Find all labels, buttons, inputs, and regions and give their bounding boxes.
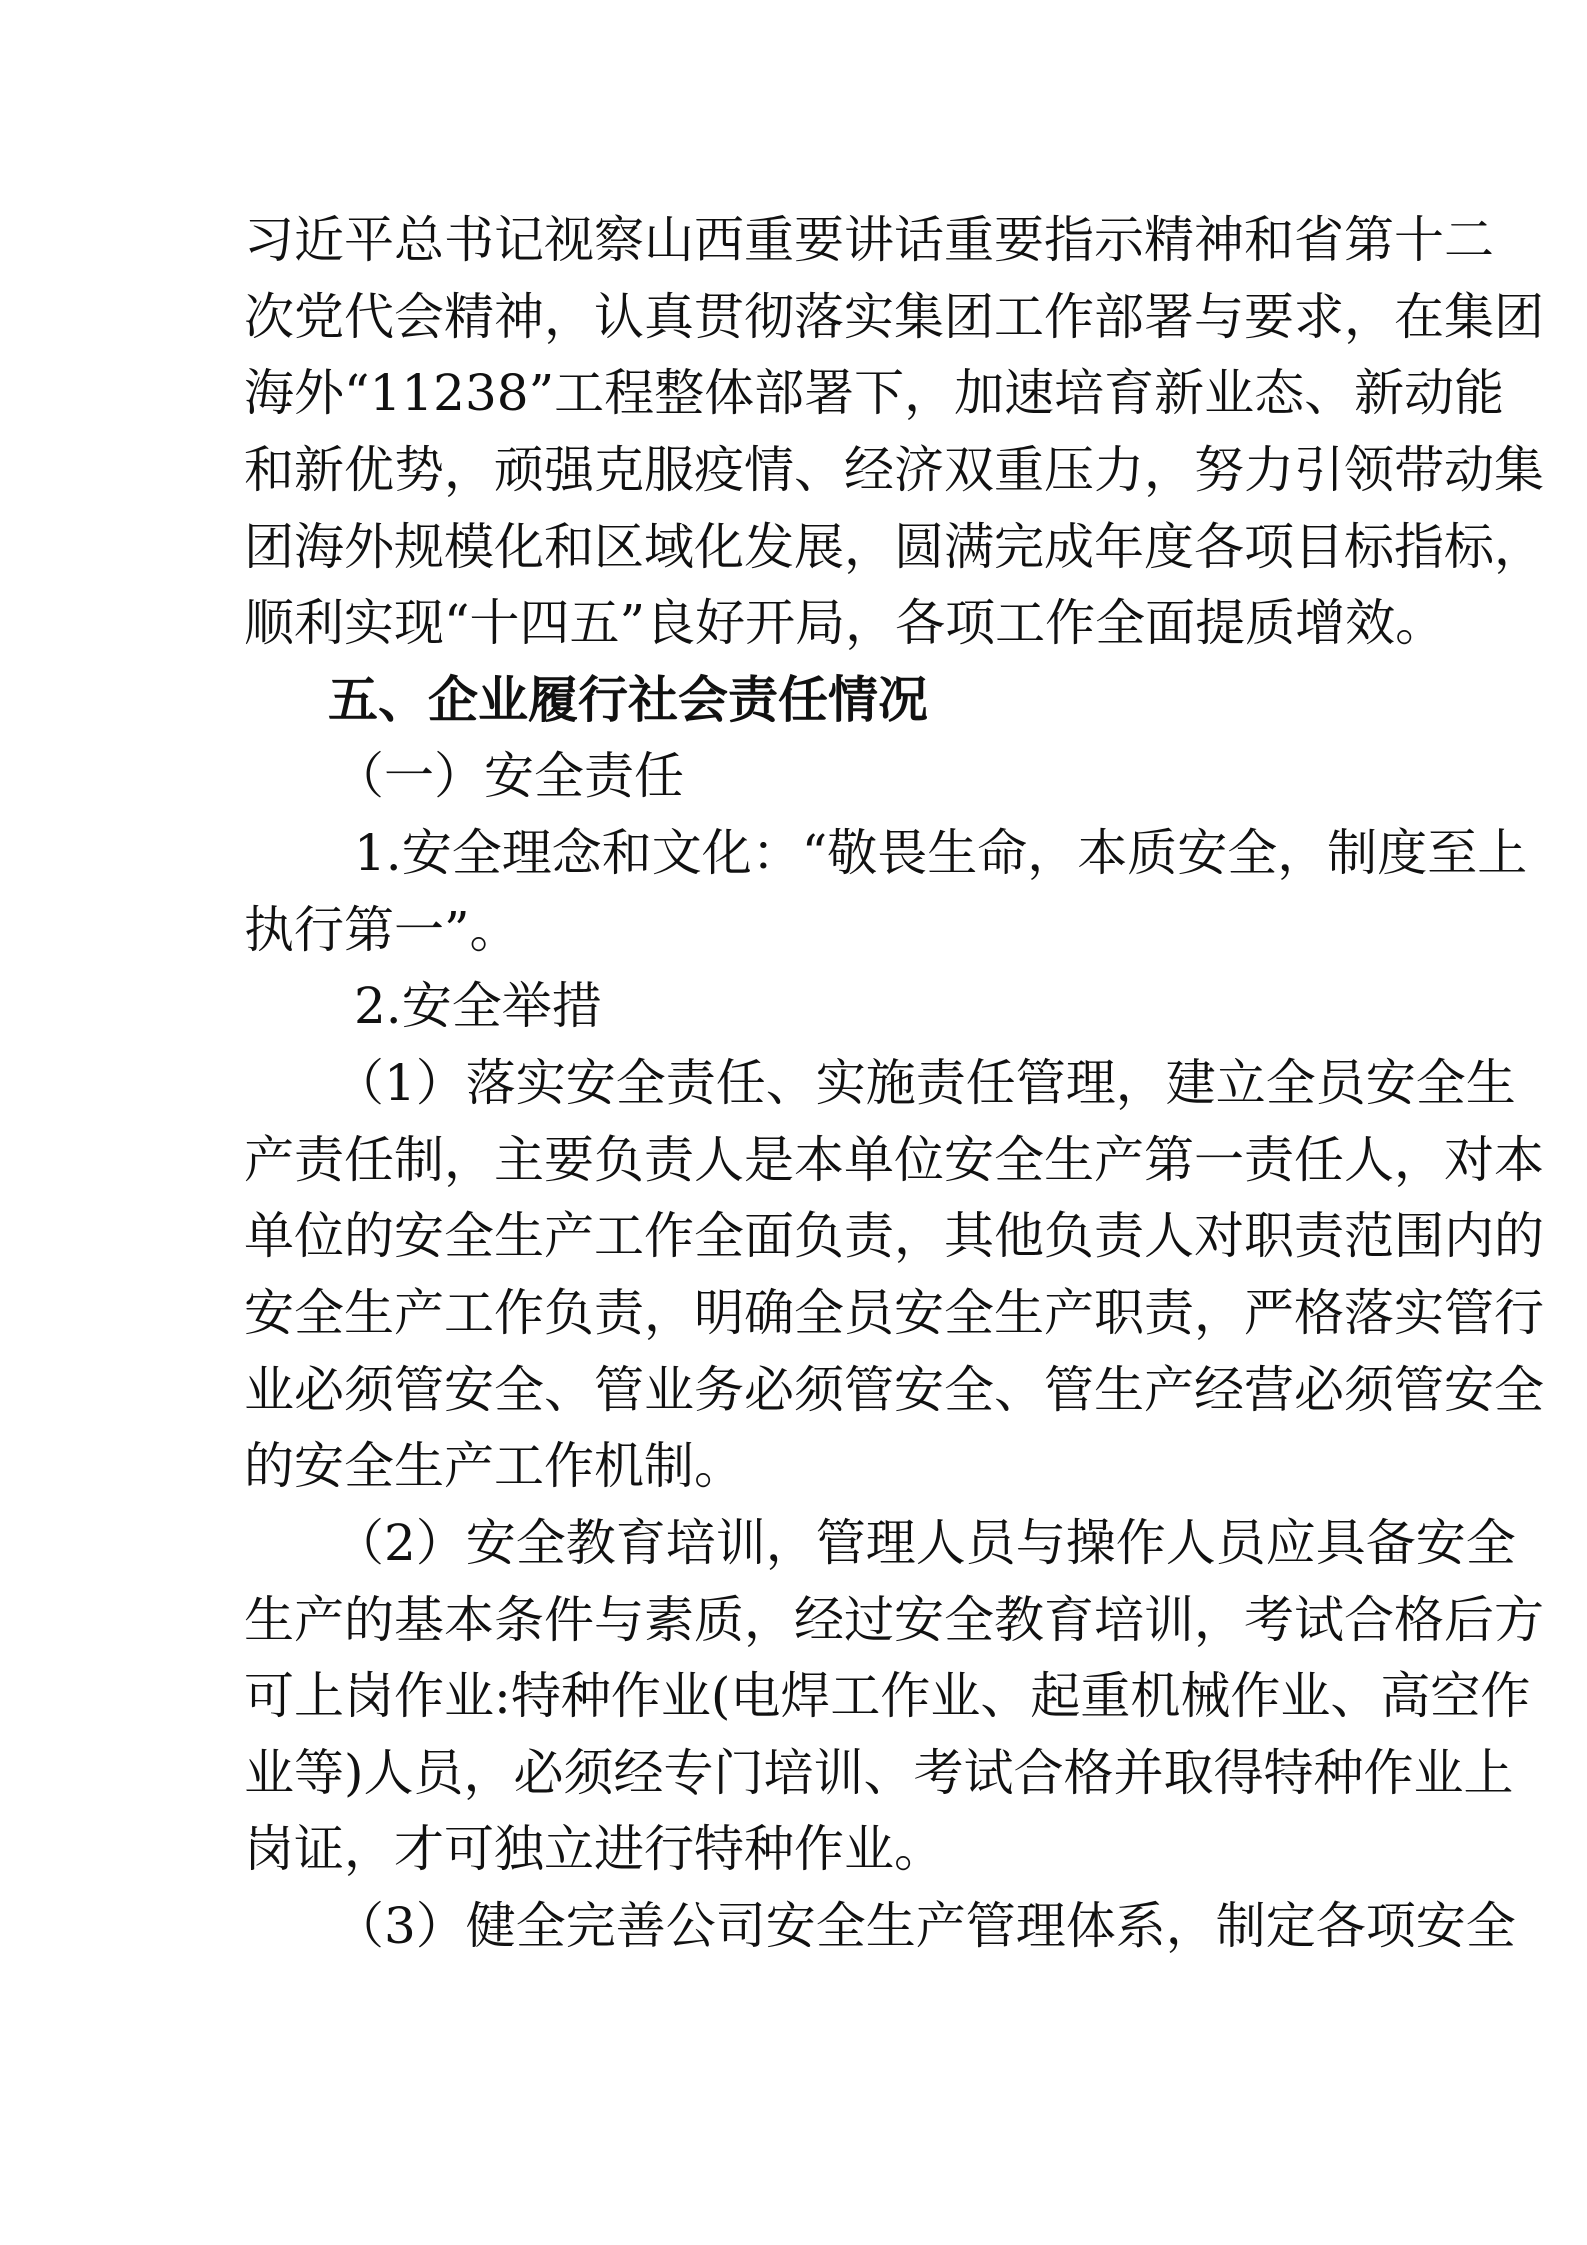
- paragraph-line: （3）健全完善公司安全生产管理体系，制定各项安全: [244, 1888, 1346, 1965]
- paragraph-line: 习近平总书记视察山西重要讲话重要指示精神和省第十二: [244, 202, 1346, 279]
- paragraph-line: 顺利实现“十四五”良好开局，各项工作全面提质增效。: [244, 585, 1346, 662]
- paragraph-line: 单位的安全生产工作全面负责，其他负责人对职责范围内的: [244, 1198, 1346, 1275]
- paragraph-line: 业等)人员，必须经专门培训、考试合格并取得特种作业上: [244, 1735, 1346, 1812]
- paragraph-line: （1）落实安全责任、实施责任管理，建立全员安全生: [244, 1045, 1346, 1122]
- item-heading: 2.安全举措: [244, 968, 1346, 1045]
- subsection-heading: （一）安全责任: [244, 738, 1346, 815]
- measure-3-paragraph: （3）健全完善公司安全生产管理体系，制定各项安全: [244, 1888, 1346, 1965]
- document-page: 习近平总书记视察山西重要讲话重要指示精神和省第十二 次党代会精神，认真贯彻落实集…: [244, 202, 1346, 1965]
- paragraph-line: 岗证，才可独立进行特种作业。: [244, 1811, 1346, 1888]
- measure-1-paragraph: （1）落实安全责任、实施责任管理，建立全员安全生 产责任制，主要负责人是本单位安…: [244, 1045, 1346, 1505]
- paragraph-line: 产责任制，主要负责人是本单位安全生产第一责任人，对本: [244, 1122, 1346, 1199]
- paragraph-line: （2）安全教育培训，管理人员与操作人员应具备安全: [244, 1505, 1346, 1582]
- paragraph-line: 海外“11238”工程整体部署下，加速培育新业态、新动能: [244, 355, 1346, 432]
- section-heading: 五、企业履行社会责任情况: [244, 662, 1346, 739]
- paragraph-line: 和新优势，顽强克服疫情、经济双重压力，努力引领带动集: [244, 432, 1346, 509]
- paragraph-line: 生产的基本条件与素质，经过安全教育培训，考试合格后方: [244, 1582, 1346, 1659]
- continuation-paragraph: 习近平总书记视察山西重要讲话重要指示精神和省第十二 次党代会精神，认真贯彻落实集…: [244, 202, 1346, 662]
- paragraph-line: 团海外规模化和区域化发展，圆满完成年度各项目标指标，: [244, 509, 1346, 586]
- paragraph-line: 1.安全理念和文化：“敬畏生命，本质安全，制度至上: [244, 815, 1346, 892]
- paragraph-line: 的安全生产工作机制。: [244, 1428, 1346, 1505]
- paragraph-line: 安全生产工作负责，明确全员安全生产职责，严格落实管行: [244, 1275, 1346, 1352]
- safety-culture-item: 1.安全理念和文化：“敬畏生命，本质安全，制度至上 执行第一”。: [244, 815, 1346, 968]
- measure-2-paragraph: （2）安全教育培训，管理人员与操作人员应具备安全 生产的基本条件与素质，经过安全…: [244, 1505, 1346, 1888]
- paragraph-line: 可上岗作业:特种作业(电焊工作业、起重机械作业、高空作: [244, 1658, 1346, 1735]
- paragraph-line: 次党代会精神，认真贯彻落实集团工作部署与要求，在集团: [244, 279, 1346, 356]
- paragraph-line: 执行第一”。: [244, 892, 1346, 969]
- paragraph-line: 业必须管安全、管业务必须管安全、管生产经营必须管安全: [244, 1352, 1346, 1429]
